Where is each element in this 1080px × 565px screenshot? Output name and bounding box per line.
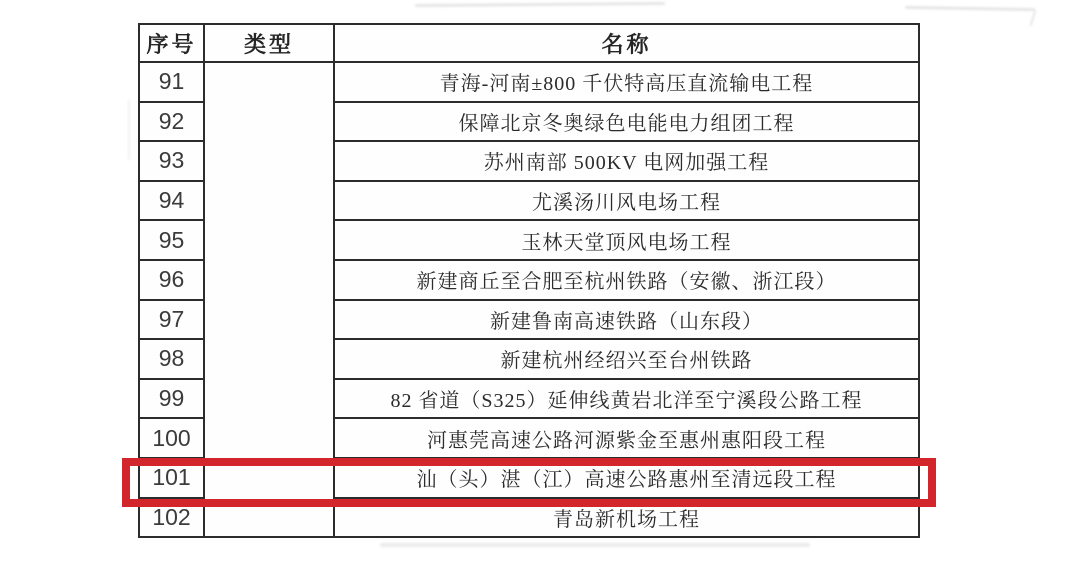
project-list-table: 序号 类型 名称 91 青海-河南±800 千伏特高压直流输电工程 92 保障北… xyxy=(138,23,920,538)
name-cell: 青岛新机场工程 xyxy=(334,498,919,538)
header-row: 序号 类型 名称 xyxy=(139,24,919,62)
name-cell: 新建鲁南高速铁路（山东段） xyxy=(334,300,919,340)
scan-artifact xyxy=(1030,10,1037,26)
serial-cell: 99 xyxy=(139,379,204,419)
name-cell: 保障北京冬奥绿色电能电力组团工程 xyxy=(334,102,919,142)
name-cell: 玉林天堂顶风电场工程 xyxy=(334,220,919,260)
name-cell: 汕（头）湛（江）高速公路惠州至清远段工程 xyxy=(334,458,919,498)
col-header-type: 类型 xyxy=(204,24,334,62)
name-cell: 青海-河南±800 千伏特高压直流输电工程 xyxy=(334,62,919,102)
col-header-serial: 序号 xyxy=(139,24,204,62)
name-cell: 苏州南部 500KV 电网加强工程 xyxy=(334,141,919,181)
serial-cell: 102 xyxy=(139,498,204,538)
serial-cell: 92 xyxy=(139,102,204,142)
serial-cell: 91 xyxy=(139,62,204,102)
col-header-name: 名称 xyxy=(334,24,919,62)
serial-cell: 100 xyxy=(139,418,204,458)
name-cell: 河惠莞高速公路河源紫金至惠州惠阳段工程 xyxy=(334,418,919,458)
name-cell: 新建杭州经绍兴至台州铁路 xyxy=(334,339,919,379)
serial-cell: 97 xyxy=(139,300,204,340)
serial-cell: 101 xyxy=(139,458,204,498)
serial-cell: 96 xyxy=(139,260,204,300)
scan-artifact xyxy=(415,2,665,7)
table-row: 91 青海-河南±800 千伏特高压直流输电工程 xyxy=(139,62,919,102)
type-merged-cell xyxy=(204,62,334,537)
serial-cell: 95 xyxy=(139,220,204,260)
name-cell: 尤溪汤川风电场工程 xyxy=(334,181,919,221)
serial-cell: 93 xyxy=(139,141,204,181)
name-cell: 新建商丘至合肥至杭州铁路（安徽、浙江段） xyxy=(334,260,919,300)
name-cell: 82 省道（S325）延伸线黄岩北洋至宁溪段公路工程 xyxy=(334,379,919,419)
scan-artifact xyxy=(905,6,1035,11)
scan-artifact xyxy=(380,543,810,547)
scan-artifact xyxy=(128,100,130,160)
serial-cell: 98 xyxy=(139,339,204,379)
serial-cell: 94 xyxy=(139,181,204,221)
